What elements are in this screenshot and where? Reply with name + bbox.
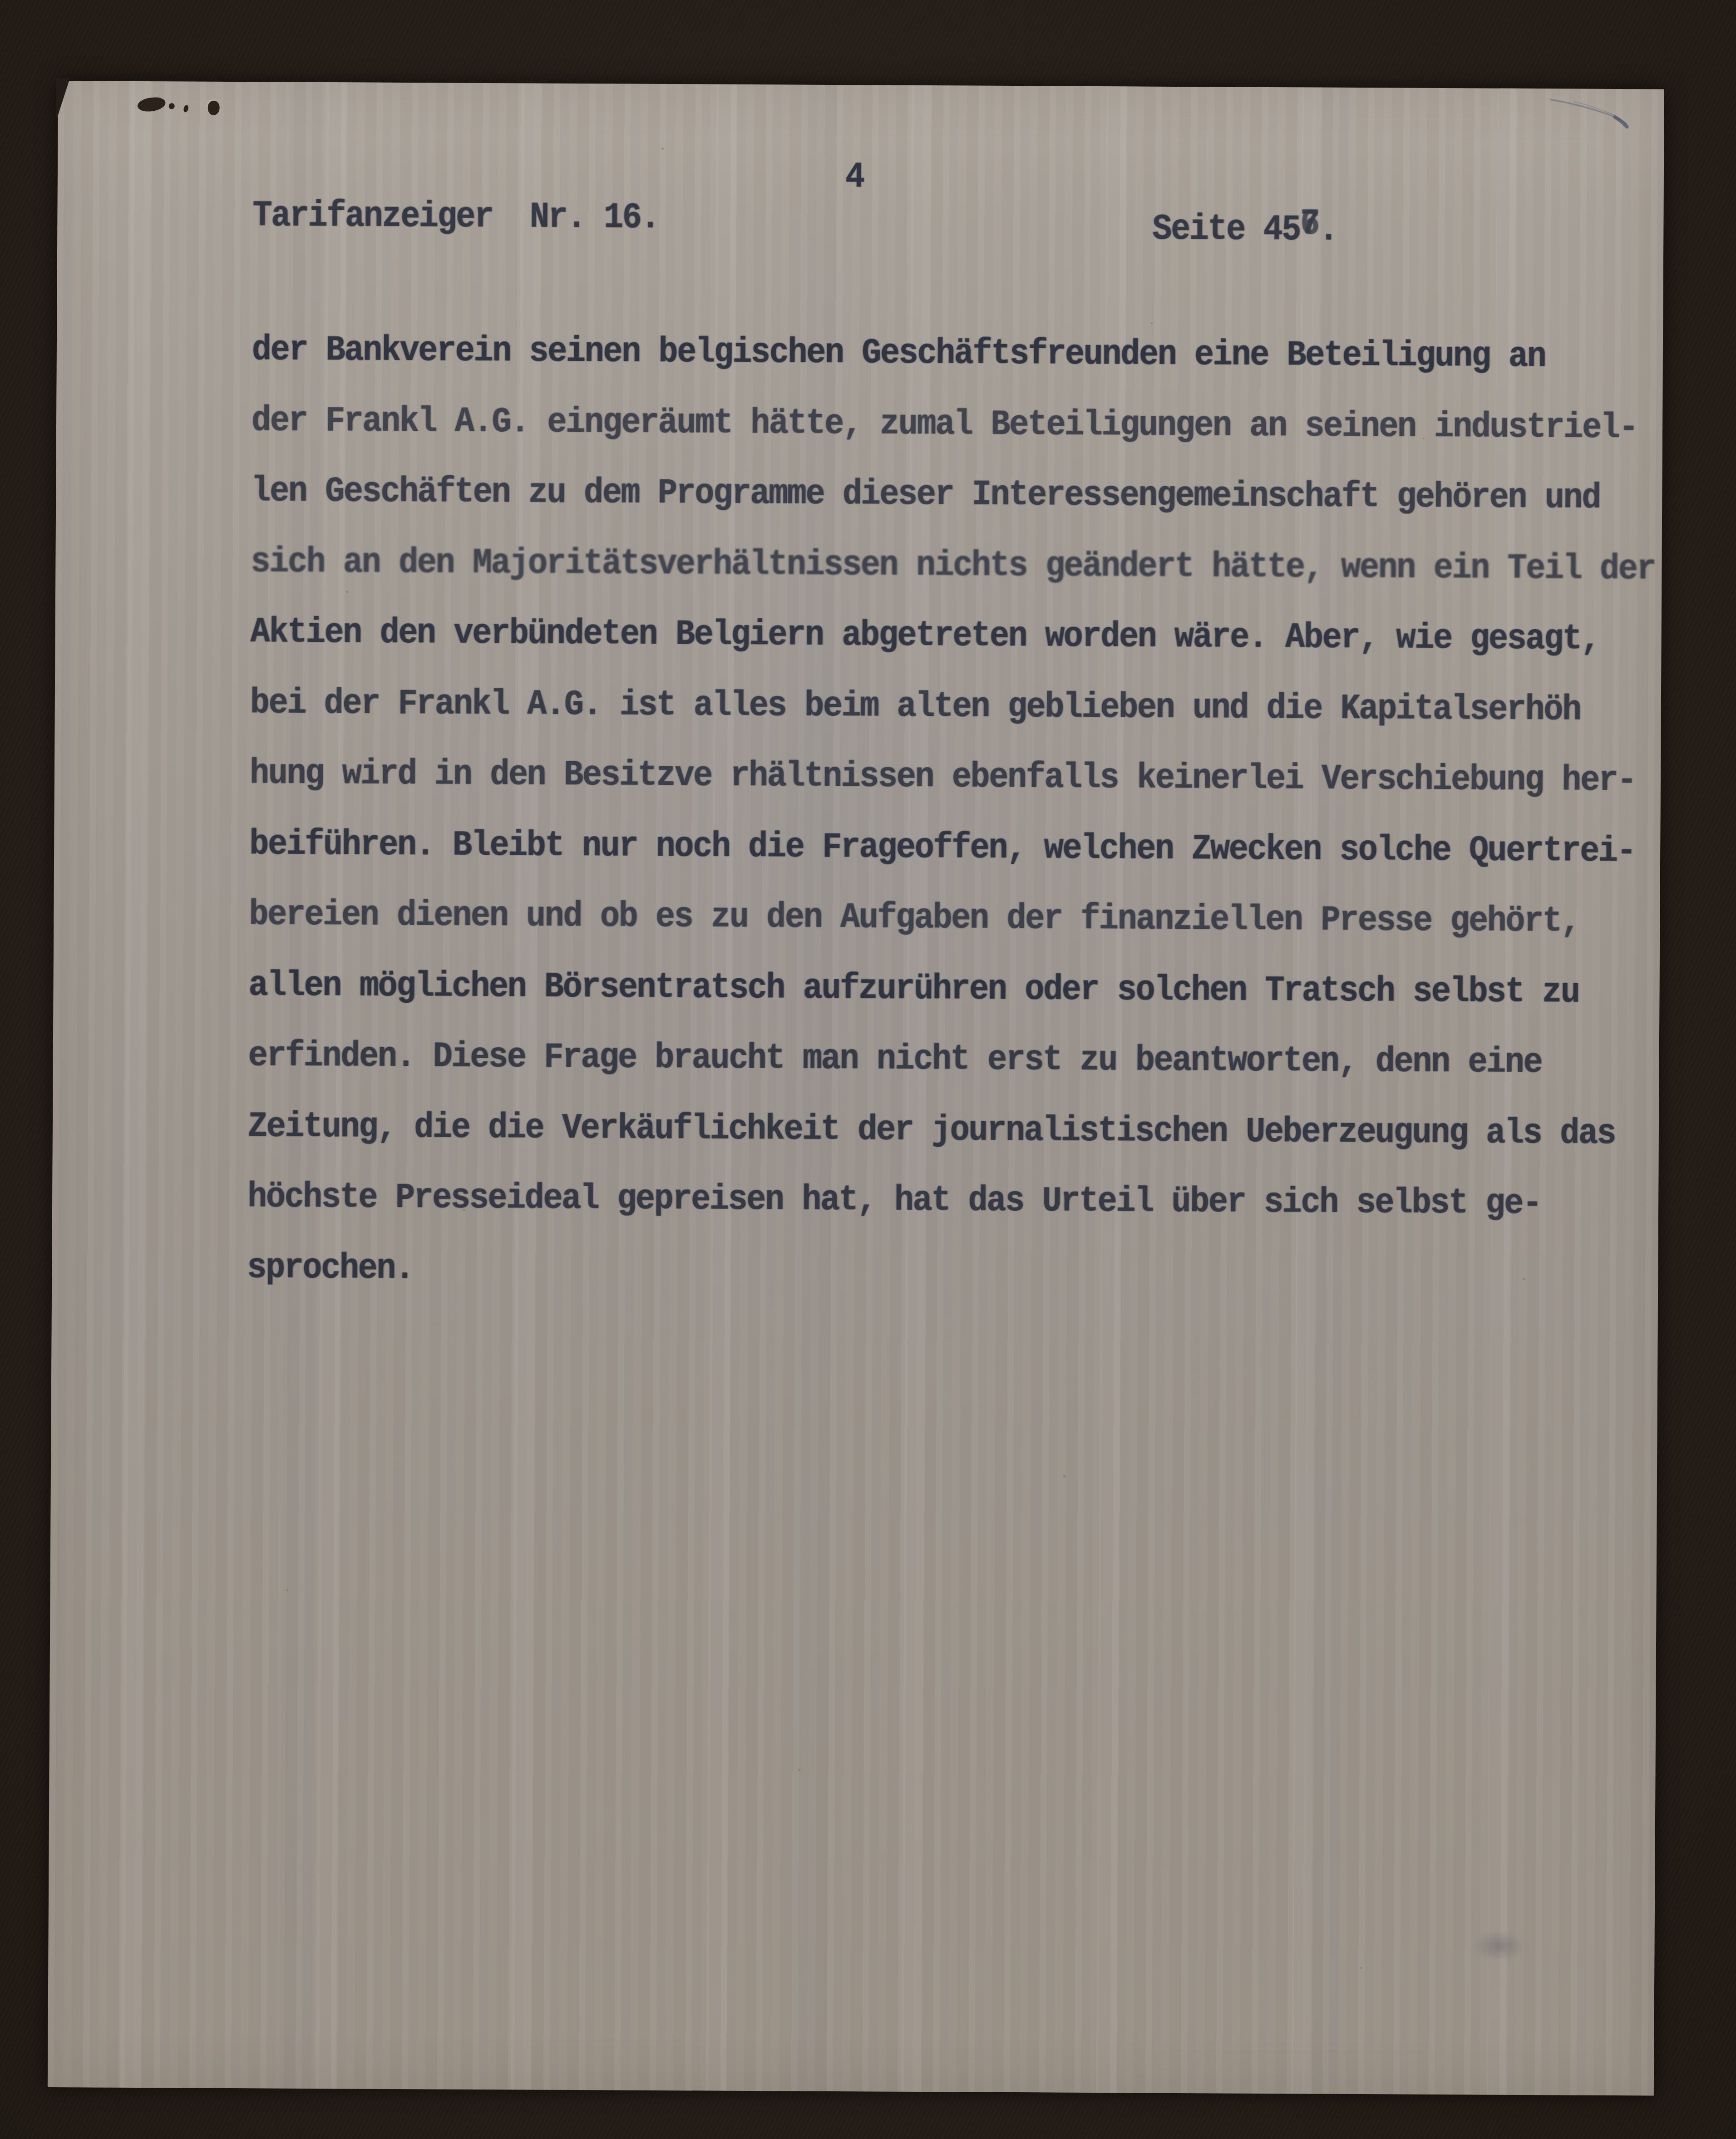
text-line: hung wird in den Besitzve rhältnissen eb… xyxy=(250,753,1636,801)
text-line: Aktien den verbündeten Belgiern abgetret… xyxy=(250,612,1599,659)
text-line: len Geschäften zu dem Programme dieser I… xyxy=(251,471,1600,518)
scan-background: 4 Tarifanzeiger Nr. 16. Seite 4567. der … xyxy=(0,0,1736,2139)
text-line: erfinden. Diese Frage braucht man nicht … xyxy=(248,1035,1542,1082)
text-line: allen möglichen Börsentratsch aufzurühre… xyxy=(248,965,1579,1012)
text-line: der Bankverein seinen belgischen Geschäf… xyxy=(252,330,1546,376)
text-line: bereien dienen und ob es zu den Aufgaben… xyxy=(249,894,1579,941)
text-line: Zeitung, die die Verkäuflichkeit der jou… xyxy=(248,1106,1616,1153)
text-line: der Frankl A.G. eingeräumt hätte, zumal … xyxy=(252,400,1637,448)
document-page: 4 Tarifanzeiger Nr. 16. Seite 4567. der … xyxy=(48,81,1664,2095)
body-text: der Bankverein seinen belgischen Geschäf… xyxy=(48,81,1664,2095)
text-line: beiführen. Bleibt nur noch die Frageoffe… xyxy=(249,824,1635,872)
text-line: sprochen. xyxy=(247,1247,414,1288)
text-line: höchste Presseideal gepreisen hat, hat d… xyxy=(247,1177,1541,1223)
text-line: sich an den Majoritätsverhältnissen nich… xyxy=(251,542,1655,589)
text-line: bei der Frankl A.G. ist alles beim alten… xyxy=(250,683,1581,730)
